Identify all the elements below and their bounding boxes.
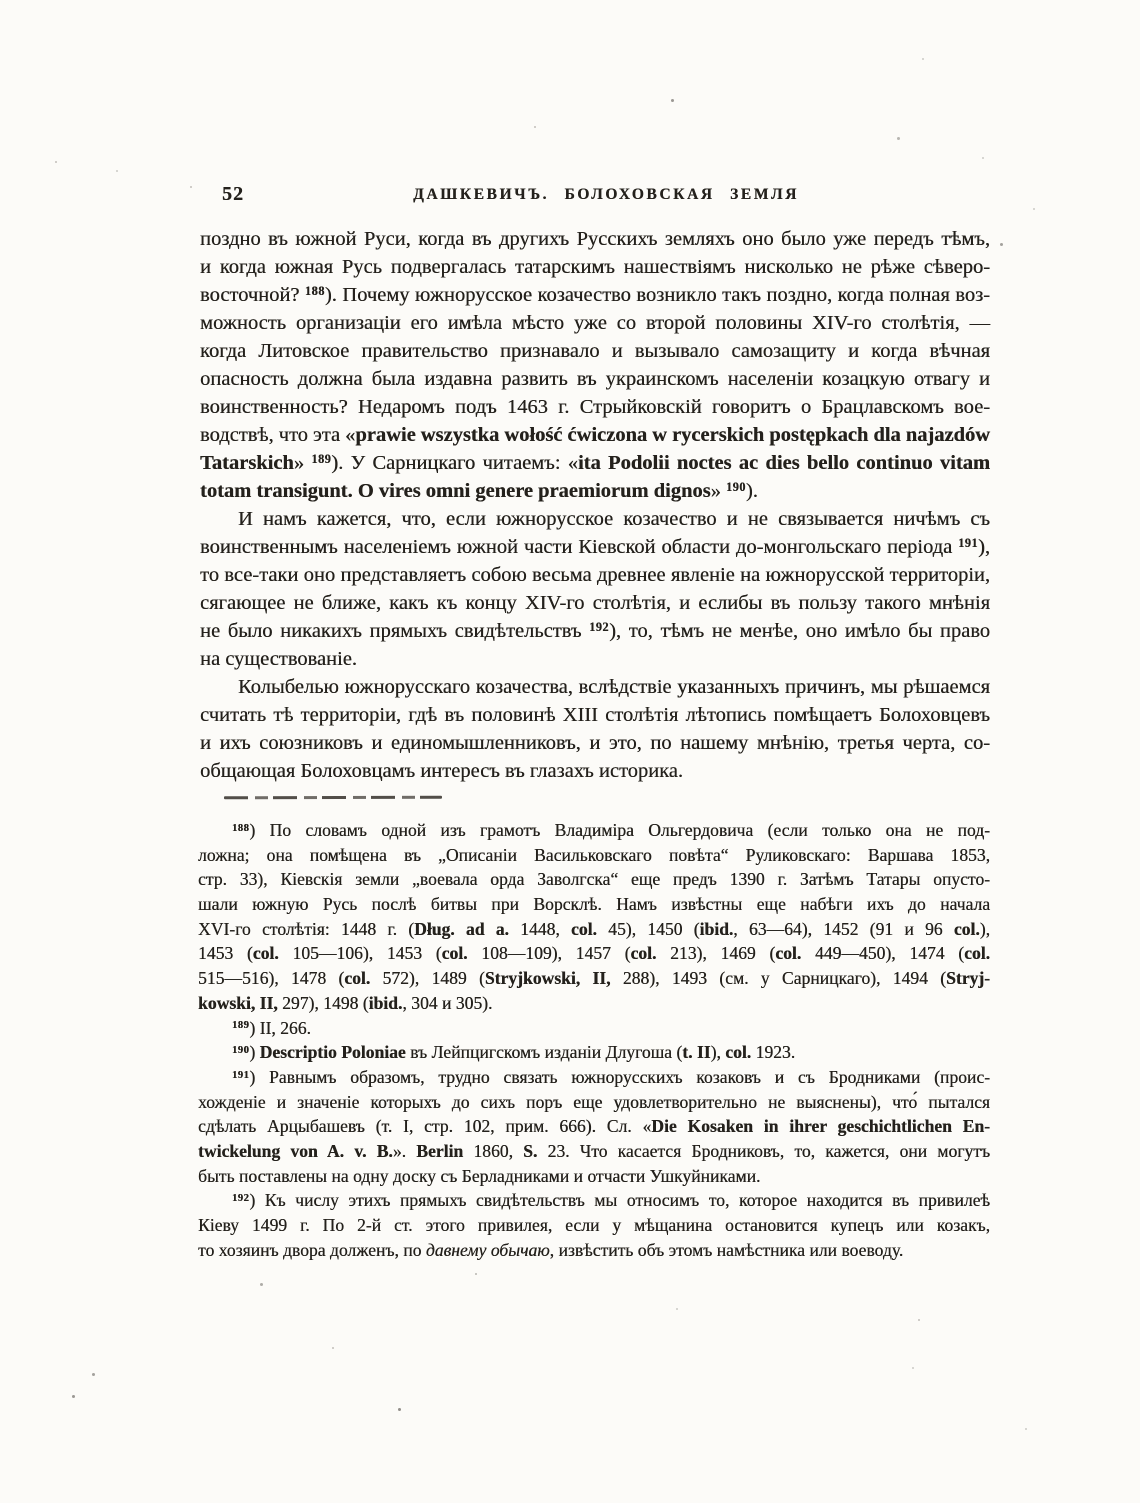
footnote-line: шали южную Русь послѣ битвы при Ворсклѣ.… [198, 892, 990, 917]
footnote-line: стр. 33), Кіевскія земли „воевала орда З… [198, 867, 990, 892]
book-page: 52 ДАШКЕВИЧЪ. БОЛОХОВСКАЯ ЗЕМЛЯ поздно в… [0, 0, 1140, 1503]
scan-speck [116, 170, 118, 172]
body-line: totam transigunt. O vires omni genere pr… [200, 477, 990, 505]
scan-speck [332, 1347, 334, 1349]
body-line: когда Литовское правительство признавало… [200, 337, 990, 365]
body-line: не было никакихъ прямыхъ свидѣтельствъ 1… [200, 617, 990, 645]
body-line: опасность должна была издавна развить въ… [200, 365, 990, 393]
scan-speck [1025, 1428, 1027, 1430]
body-text: поздно въ южной Руси, когда въ другихъ Р… [200, 225, 990, 785]
scan-speck [922, 58, 924, 60]
footnote-line: 189) II, 266. [198, 1016, 990, 1041]
body-line: на существованіе. [200, 645, 990, 673]
footnote-line: 191) Равнымъ образомъ, трудно связать юж… [198, 1065, 990, 1090]
body-line: общающая Болоховцамъ интересъ въ глазахъ… [200, 757, 990, 785]
scan-speck [676, 1308, 678, 1310]
footnote-line: хожденіе и значеніе которыхъ до сихъ пор… [198, 1090, 990, 1115]
footnote-line: ложна; она помѣщена въ „Описаніи Васильк… [198, 843, 990, 868]
body-line: Tatarskich» 189). У Сарницкаго читаемъ: … [200, 449, 990, 477]
body-line: поздно въ южной Руси, когда въ другихъ Р… [200, 225, 990, 253]
scan-speck [534, 126, 536, 128]
footnote-line: 190) Descriptio Poloniae въ Лейпцигскомъ… [198, 1040, 990, 1065]
footnote-line: kowski, II, 297), 1498 (ibid., 304 и 305… [198, 991, 990, 1016]
scan-speck [918, 1319, 920, 1321]
scan-speck [72, 1395, 75, 1398]
body-line: И намъ кажется, что, если южнорусское ко… [200, 505, 990, 533]
footnotes-block: 188) По словамъ одной изъ грамотъ Владим… [198, 818, 990, 1262]
footnote-line: twickelung von A. v. B.». Berlin 1860, S… [198, 1139, 990, 1164]
footnote-line: 515—516), 1478 (col. 572), 1489 (Stryjko… [198, 966, 990, 991]
body-line: воинственность? Недаромъ подъ 1463 г. Ст… [200, 393, 990, 421]
scan-speck [671, 99, 674, 102]
body-line: Колыбелью южнорусскаго козачества, вслѣд… [200, 673, 990, 701]
body-line: то все-таки оно представляетъ собою весь… [200, 561, 990, 589]
scan-speck [1000, 243, 1003, 246]
footnote-line: то хозяинъ двора долженъ, по давнему обы… [198, 1238, 990, 1263]
footnote-line: XVI-го столѣтія: 1448 г. (Dług. ad a. 14… [198, 917, 990, 942]
footnote-line: быть поставлены на одну доску съ Берладн… [198, 1164, 990, 1189]
scan-speck [912, 1367, 914, 1369]
body-line: и когда южная Русь подвергалась татарски… [200, 253, 990, 281]
scan-speck [982, 157, 984, 159]
running-head: 52 ДАШКЕВИЧЪ. БОЛОХОВСКАЯ ЗЕМЛЯ [198, 183, 990, 209]
body-line: водствѣ, что эта «prawie wszystka wołość… [200, 421, 990, 449]
body-line: и ихъ союзниковъ и единомышленниковъ, и … [200, 729, 990, 757]
body-line: можность организаціи его имѣла мѣсто уже… [200, 309, 990, 337]
scan-speck [398, 1408, 401, 1411]
footnote-separator [224, 796, 442, 800]
body-line: воинственнымъ населеніемъ южной части Кі… [200, 533, 990, 561]
footnote-line: Кіеву 1499 г. По 2-й ст. этого привилея,… [198, 1213, 990, 1238]
scan-speck [92, 1373, 95, 1376]
scan-speck [475, 1273, 477, 1275]
running-title: ДАШКЕВИЧЪ. БОЛОХОВСКАЯ ЗЕМЛЯ [198, 186, 990, 204]
scan-speck [897, 137, 900, 140]
body-line: восточной? 188). Почему южнорусское коза… [200, 281, 990, 309]
body-line: считать тѣ территоріи, гдѣ въ половинѣ X… [200, 701, 990, 729]
footnote-line: сдѣлать Арцыбашевъ (т. I, стр. 102, прим… [198, 1114, 990, 1139]
scan-speck [1033, 208, 1035, 210]
scan-speck [260, 1283, 263, 1286]
footnote-line: 188) По словамъ одной изъ грамотъ Владим… [198, 818, 990, 843]
body-line: сягающее не ближе, какъ къ концу XIV-го … [200, 589, 990, 617]
footnote-line: 192) Къ числу этихъ прямыхъ свидѣтельств… [198, 1188, 990, 1213]
scan-speck [55, 161, 57, 163]
footnote-line: 1453 (col. 105—106), 1453 (col. 108—109)… [198, 941, 990, 966]
scan-speck [190, 186, 192, 188]
